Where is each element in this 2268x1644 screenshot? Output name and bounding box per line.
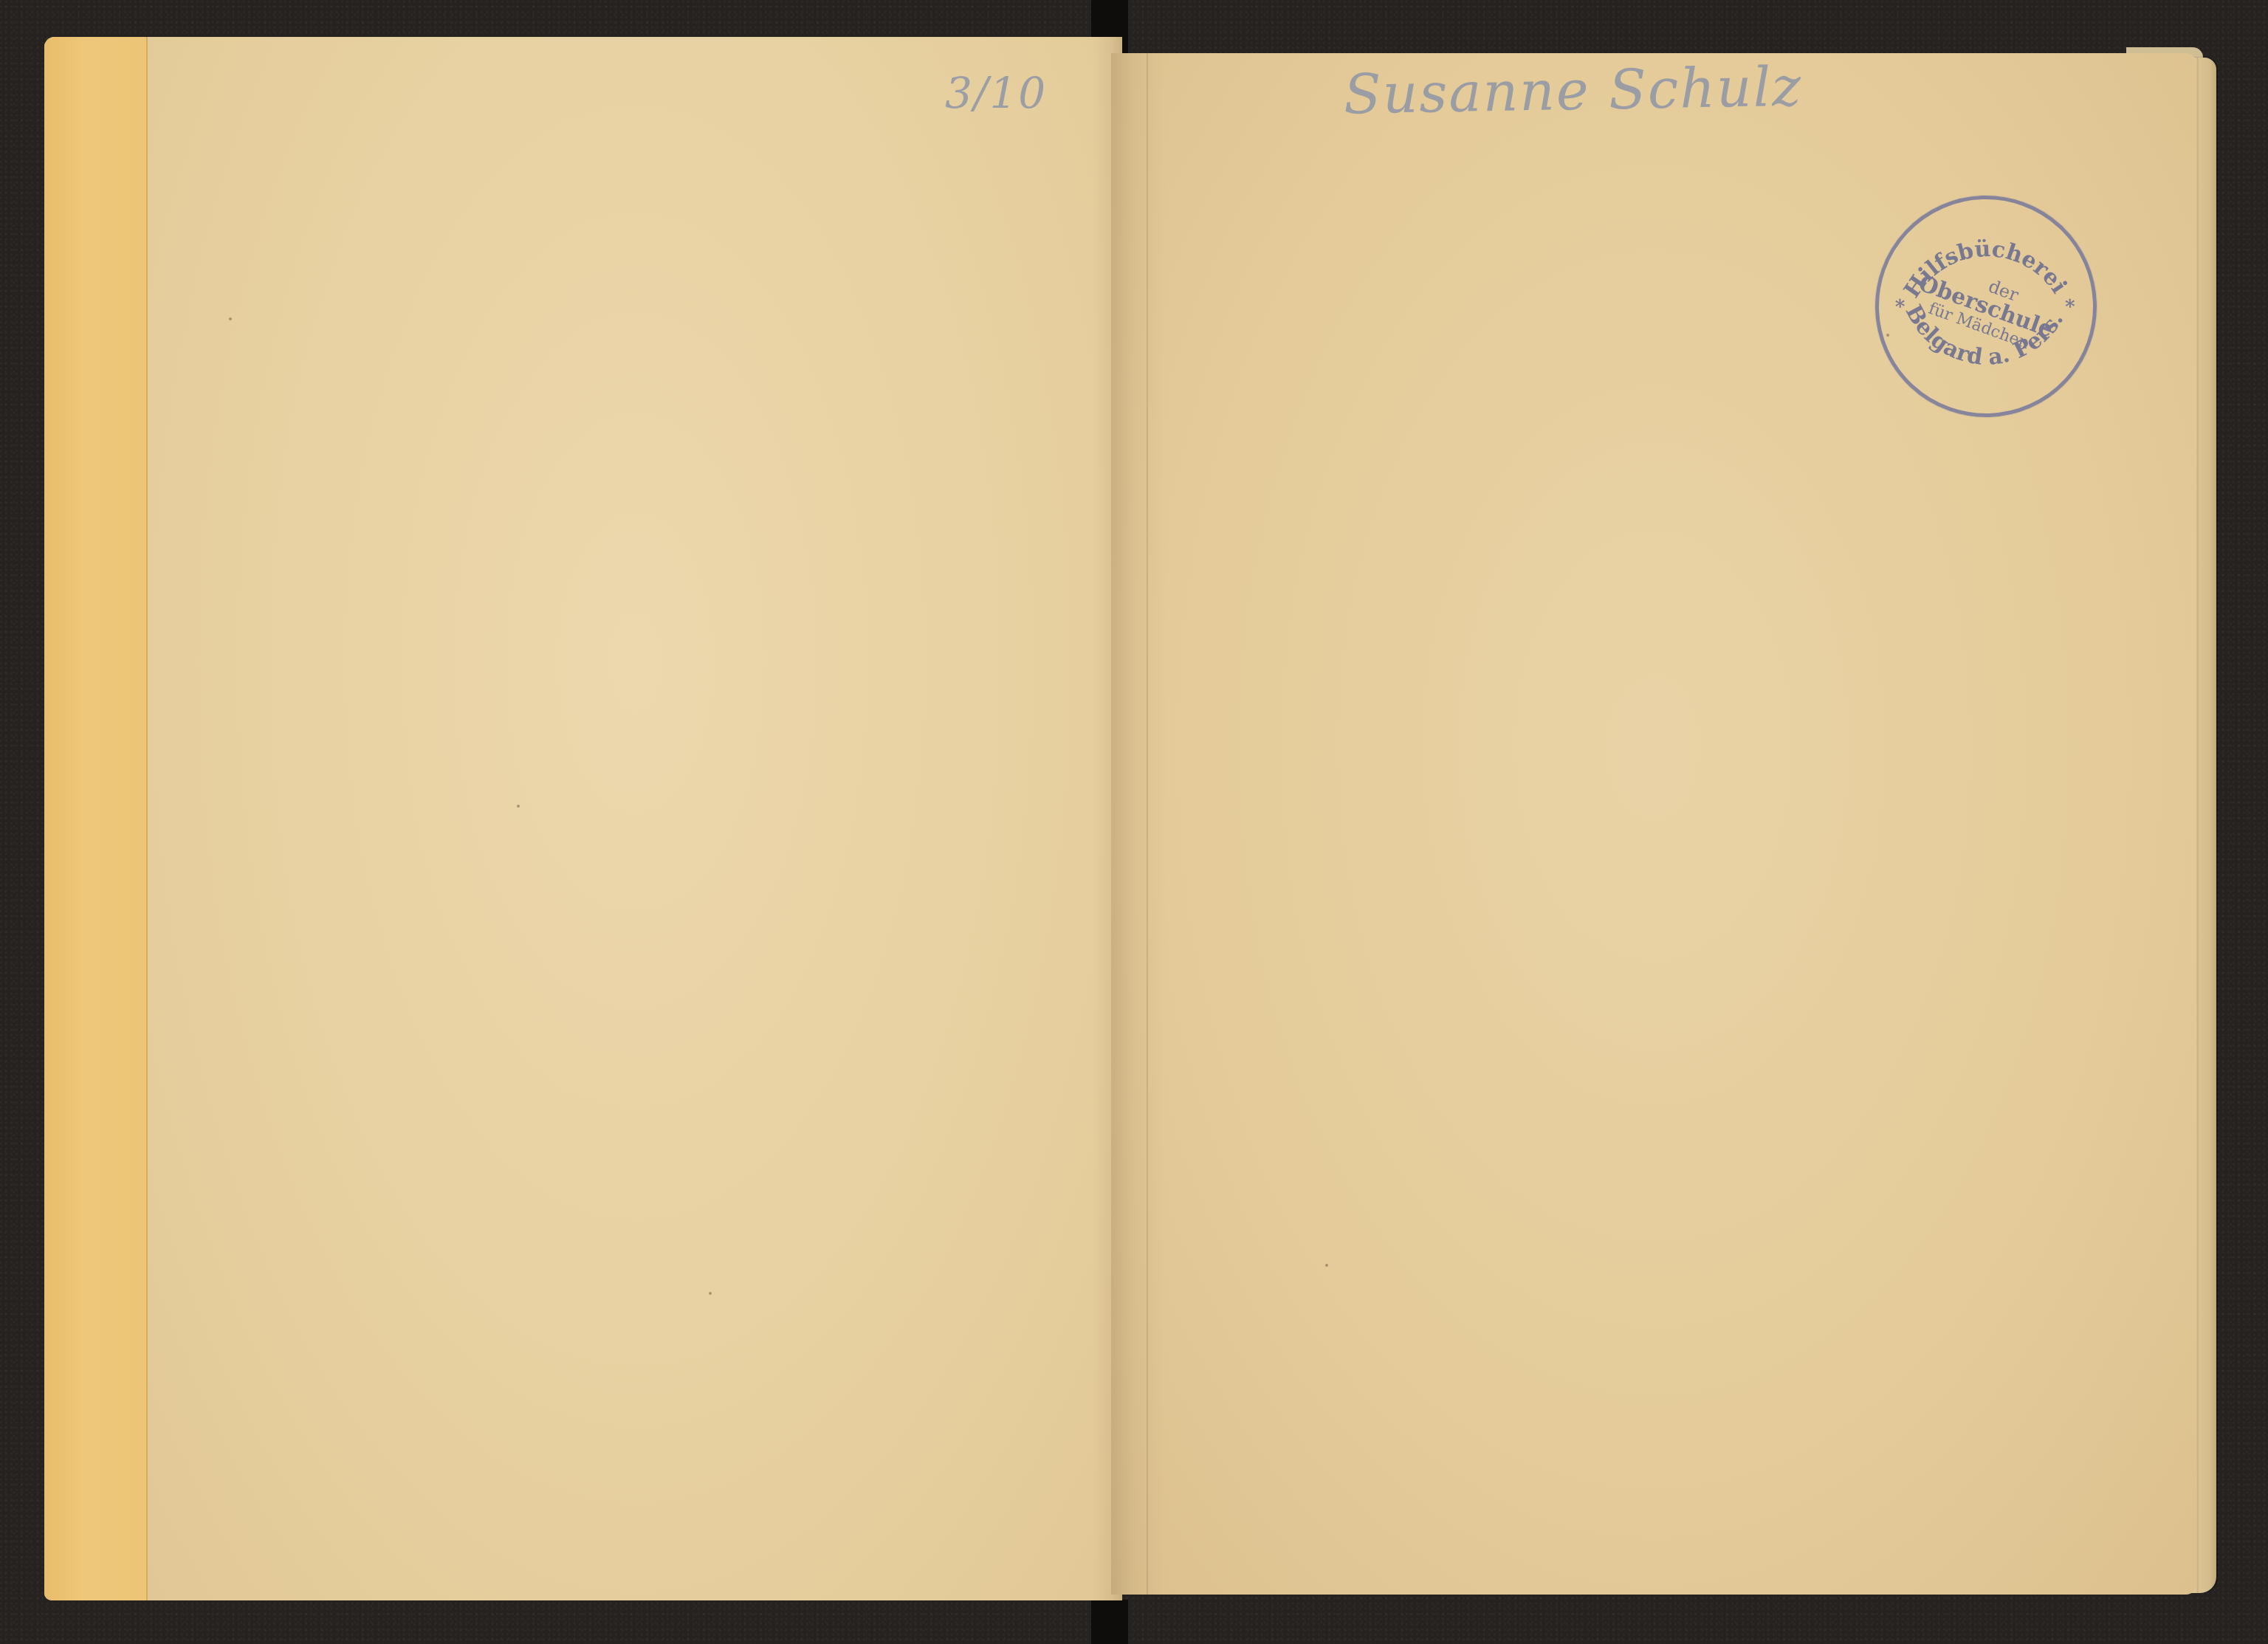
paper-speck — [1325, 1264, 1328, 1267]
left-page — [44, 37, 1122, 1600]
library-stamp: Hilfsbücherei Belgard a. Pers. * * der O… — [1872, 192, 2100, 421]
gutter-shadow-bottom — [1091, 1600, 1128, 1644]
handwritten-owner-name: Susanne Schulz — [1343, 55, 1803, 127]
spine-strip — [44, 37, 148, 1600]
paper-speck — [517, 805, 520, 808]
paper-speck — [229, 317, 232, 320]
gutter-fold-line — [1147, 53, 1148, 1595]
handwritten-shelfmark: 3/10 — [945, 68, 1047, 118]
paper-speck — [709, 1292, 712, 1295]
left-page-paper — [148, 37, 1122, 1600]
book-scan: 3/10 Susanne Schulz Hilfsbücherei Belgar… — [0, 0, 2268, 1644]
right-gutter-fold — [1111, 53, 1166, 1595]
